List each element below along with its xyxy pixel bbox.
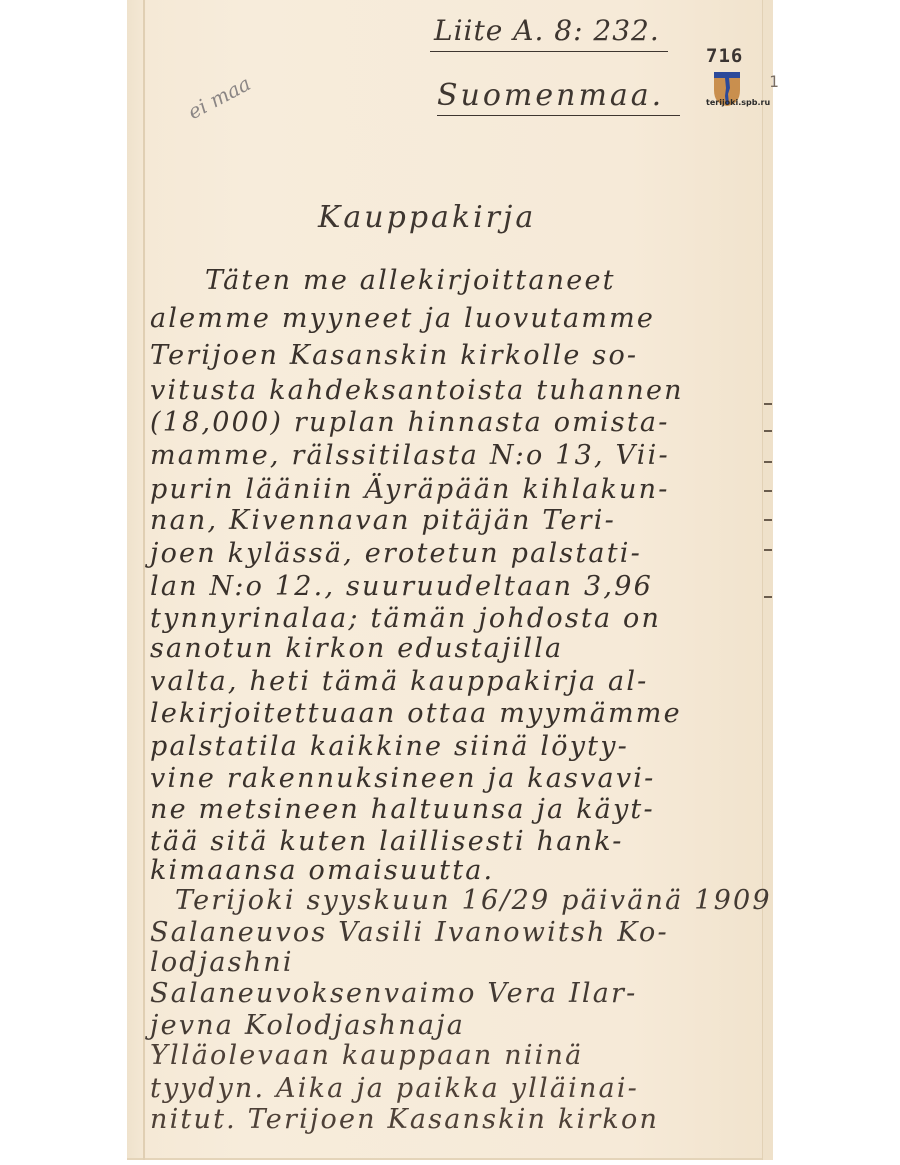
body-line: purin lääniin Äyräpään kihlakun-	[150, 474, 670, 505]
body-line: Terijoen Kasanskin kirkolle so-	[150, 340, 638, 371]
date-line: Terijoki syyskuun 16/29 päivänä 1909	[175, 885, 772, 916]
scanned-document: Liite A. 8: 232. Suomenmaa. 716 terijoki…	[0, 0, 900, 1165]
body-line: kimaansa omaisuutta.	[150, 855, 494, 886]
next-page-mark	[764, 596, 772, 598]
body-line: mamme, rälssitilasta N:o 13, Vii-	[150, 440, 670, 471]
next-page-mark	[764, 461, 772, 463]
binding-line	[143, 0, 145, 1160]
body-line: tynnyrinalaa; tämän johdosta on	[150, 603, 661, 634]
body-line: vitusta kahdeksantoista tuhannen	[150, 375, 684, 406]
witness-line: Ylläolevaan kauppaan niinä	[150, 1040, 583, 1071]
document-title: Kauppakirja	[318, 200, 536, 235]
body-line: nan, Kivennavan pitäjän Teri-	[150, 505, 616, 536]
page-number-stamp: 716	[706, 45, 743, 67]
body-line: ne metsineen haltuunsa ja käyt-	[150, 794, 655, 825]
body-line: sanotun kirkon edustajilla	[150, 633, 563, 664]
place-heading: Suomenmaa.	[437, 78, 680, 116]
body-line: lan N:o 12., suuruudeltaan 3,96	[150, 571, 653, 602]
next-page-number: 1	[769, 72, 779, 91]
signature-line: Salaneuvos Vasili Ivanowitsh Ko-	[150, 917, 669, 948]
signature-line: lodjashni	[150, 947, 294, 978]
witness-line: tyydyn. Aika ja paikka ylläinai-	[150, 1073, 639, 1104]
body-line: (18,000) ruplan hinnasta omista-	[150, 407, 670, 438]
body-line: tää sitä kuten laillisesti hank-	[150, 826, 624, 857]
body-line: joen kylässä, erotetun palstati-	[150, 538, 642, 569]
next-page-mark	[764, 519, 772, 521]
signature-line: Salaneuvoksenvaimo Vera Ilar-	[150, 978, 637, 1009]
next-page-edge	[762, 0, 773, 1160]
next-page-mark	[764, 430, 772, 432]
next-page-mark	[764, 490, 772, 492]
witness-line: nitut. Terijoen Kasanskin kirkon	[150, 1104, 659, 1135]
next-page-mark	[764, 403, 772, 405]
next-page-mark	[764, 549, 772, 551]
body-line: vine rakennuksineen ja kasvavi-	[150, 763, 655, 794]
logo-caption: terijoki.spb.ru	[706, 98, 770, 107]
body-line: lekirjoitettuaan ottaa myymämme	[150, 698, 682, 729]
body-line: valta, heti tämä kauppakirja al-	[150, 666, 648, 697]
body-line: Täten me allekirjoittaneet	[205, 265, 616, 296]
body-line: alemme myyneet ja luovutamme	[150, 303, 655, 334]
archive-reference: Liite A. 8: 232.	[430, 14, 668, 52]
signature-line: jevna Kolodjashnaja	[150, 1010, 465, 1041]
body-line: palstatila kaikkine siinä löyty-	[150, 731, 629, 762]
